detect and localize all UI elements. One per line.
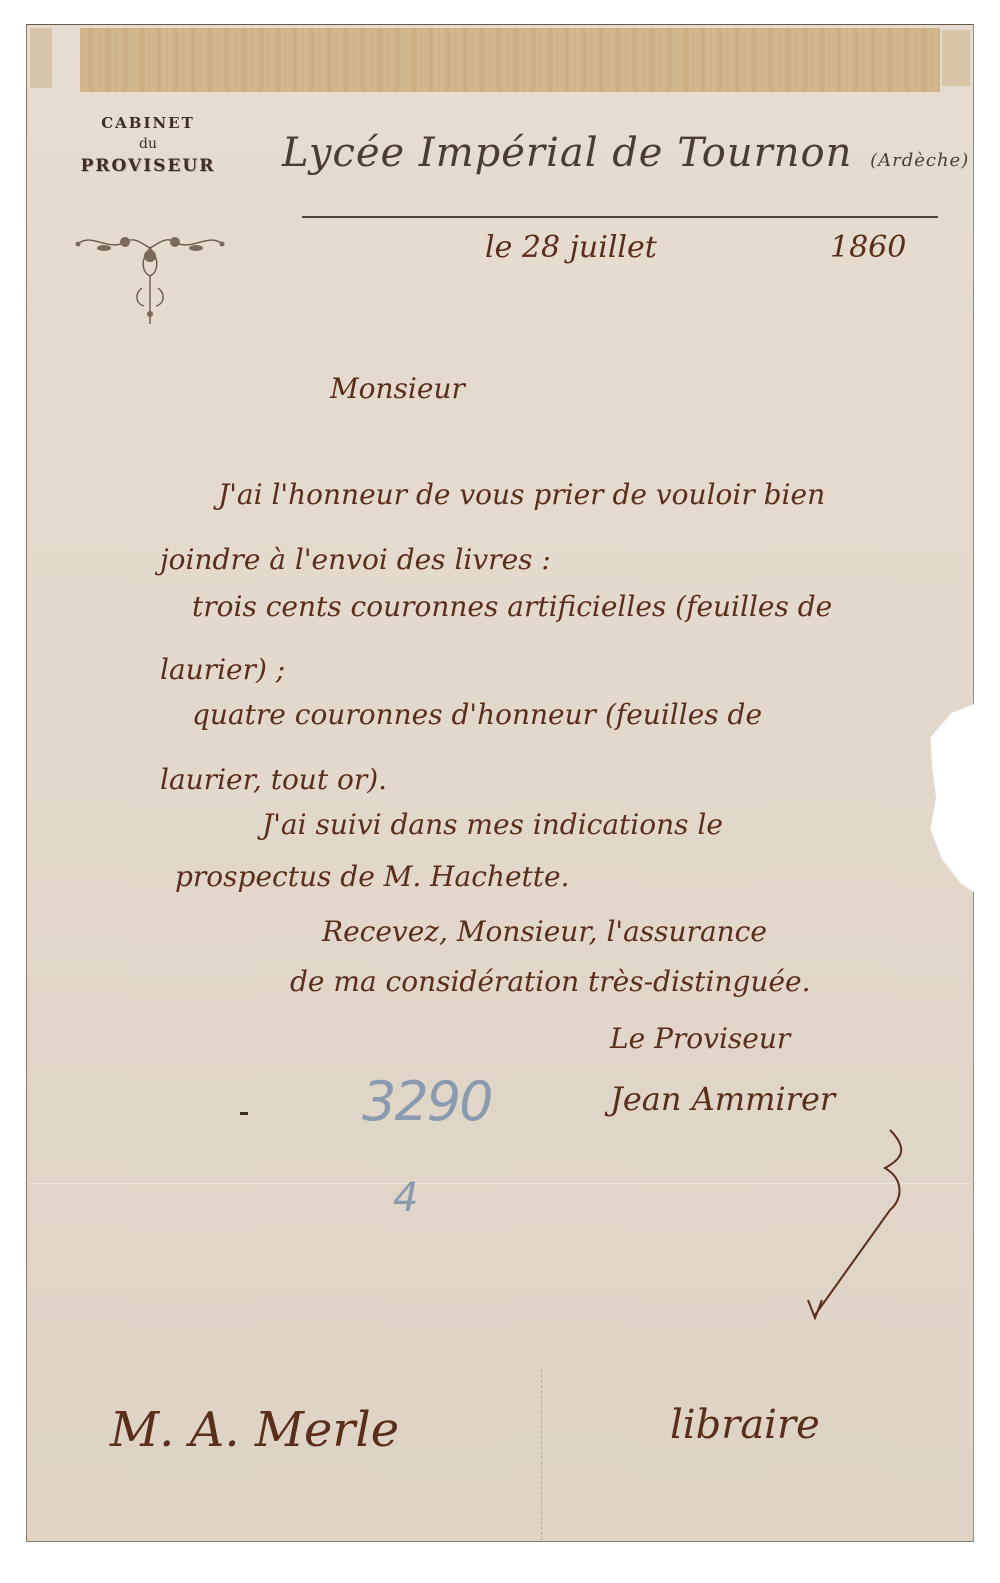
institution-region: (Ardèche) <box>870 150 969 171</box>
letter-year: 1860 <box>830 230 906 265</box>
pencil-note-digit: 4 <box>393 1175 418 1221</box>
adhesive-tape-strip <box>80 28 940 92</box>
body-line: J'ai suivi dans mes indications le <box>262 808 723 841</box>
pencil-note-number: 3290 <box>362 1070 491 1133</box>
tape-residue-right <box>942 30 970 86</box>
body-line: prospectus de M. Hachette. <box>175 860 570 893</box>
institution-name: Lycée Impérial de Tournon <box>282 130 852 176</box>
tape-residue-left <box>30 28 52 88</box>
body-line: quatre couronnes d'honneur (feuilles de <box>192 698 762 731</box>
ink-mark <box>240 1112 248 1115</box>
letterhead-rule <box>302 216 938 218</box>
body-line: J'ai l'honneur de vous prier de vouloir … <box>218 478 825 511</box>
addressee-title: libraire <box>670 1402 820 1448</box>
office-line-cabinet: CABINET <box>48 114 248 132</box>
office-line-du: du <box>48 136 248 152</box>
body-line: joindre à l'envoi des livres : <box>160 543 551 576</box>
closing-line: Recevez, Monsieur, l'assurance <box>322 915 767 948</box>
salutation: Monsieur <box>330 372 465 405</box>
body-line: laurier, tout or). <box>160 763 387 796</box>
closing-line: de ma considération très-distinguée. <box>290 965 811 998</box>
signature-flourish-icon <box>600 1090 930 1330</box>
signatory-title: Le Proviseur <box>610 1022 790 1055</box>
office-line-proviseur: PROVISEUR <box>48 156 248 176</box>
office-heading: CABINET du PROVISEUR <box>48 114 248 176</box>
floral-ornament-icon <box>70 232 230 332</box>
addressee-name: M. A. Merle <box>110 1402 399 1458</box>
body-line: trois cents couronnes artificielles (feu… <box>192 590 832 623</box>
letter-date: le 28 juillet <box>485 230 657 265</box>
fold-line-vertical <box>541 1370 542 1540</box>
institution-letterhead: Lycée Impérial de Tournon (Ardèche) <box>282 130 969 176</box>
body-line: laurier) ; <box>160 653 285 686</box>
